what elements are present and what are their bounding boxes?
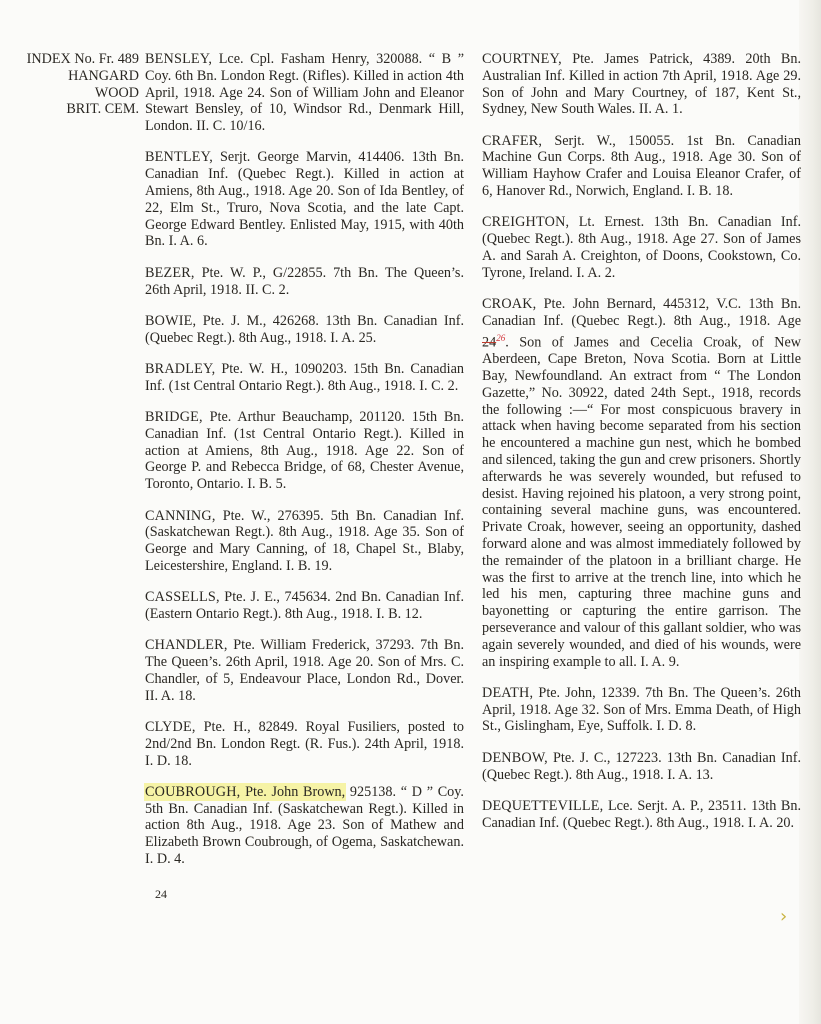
entry-clyde: CLYDE, Pte. H., 82849. Royal Fusiliers, … <box>145 719 464 769</box>
entry-courtney: COURTNEY, Pte. James Patrick, 4389. 20th… <box>482 51 801 118</box>
entry-surname: CANNING, <box>145 508 216 524</box>
cemetery-name-line-3: BRIT. CEM. <box>4 101 139 118</box>
entry-surname: CREIGHTON, <box>482 214 569 230</box>
entry-surname: CASSELLS, <box>145 589 220 605</box>
entry-surname: BRADLEY, <box>145 361 215 377</box>
handwritten-age-correction: 26 <box>496 333 505 343</box>
entry-surname: CLYDE, <box>145 719 196 735</box>
index-number: INDEX No. Fr. 489 <box>4 51 139 68</box>
right-column: COURTNEY, Pte. James Patrick, 4389. 20th… <box>482 51 801 846</box>
highlighted-name: COUBROUGH, Pte. John Brown, <box>145 784 345 800</box>
entry-surname: DEATH, <box>482 685 533 701</box>
entry-croak: CROAK, Pte. John Bernard, 445312, V.C. 1… <box>482 296 801 670</box>
entry-dequetteville: DEQUETTEVILLE, Lce. Serjt. A. P., 23511.… <box>482 798 801 832</box>
entry-surname: BRIDGE, <box>145 409 203 425</box>
cemetery-name-line-2: WOOD <box>4 85 139 102</box>
entry-surname: DEQUETTEVILLE, <box>482 798 603 814</box>
entry-text-continued: . Son of James and Cecelia Croak, of New… <box>482 334 801 669</box>
entry-crafer: CRAFER, Serjt. W., 150055. 1st Bn. Canad… <box>482 133 801 200</box>
entry-bezer: BEZER, Pte. W. P., G/22855. 7th Bn. The … <box>145 265 464 299</box>
entry-canning: CANNING, Pte. W., 276395. 5th Bn. Canadi… <box>145 508 464 575</box>
highlighted-forenames: Pte. John Brown, <box>240 784 345 800</box>
cemetery-name-line-1: HANGARD <box>4 68 139 85</box>
entry-surname: BOWIE, <box>145 313 196 329</box>
entry-surname: BENTLEY, <box>145 149 213 165</box>
entry-surname: COUBROUGH, <box>145 784 240 800</box>
entry-surname: CHANDLER, <box>145 637 228 653</box>
entry-chandler: CHANDLER, Pte. William Frederick, 37293.… <box>145 637 464 704</box>
page-number: 24 <box>155 887 167 902</box>
entry-surname: COURTNEY, <box>482 51 562 67</box>
entry-creighton: CREIGHTON, Lt. Ernest. 13th Bn. Canadian… <box>482 214 801 281</box>
left-column: BENSLEY, Lce. Cpl. Fasham Henry, 320088.… <box>145 51 464 882</box>
struck-age: 24 <box>482 334 496 350</box>
entry-surname: BEZER, <box>145 265 195 281</box>
page-edge-shadow <box>799 0 821 1024</box>
entry-cassells: CASSELLS, Pte. J. E., 745634. 2nd Bn. Ca… <box>145 589 464 623</box>
entry-denbow: DENBOW, Pte. J. C., 127223. 13th Bn. Can… <box>482 750 801 784</box>
document-page: INDEX No. Fr. 489 HANGARD WOOD BRIT. CEM… <box>0 0 821 1024</box>
entry-surname: DENBOW, <box>482 750 548 766</box>
entry-surname: BENSLEY, <box>145 51 212 67</box>
entry-bensley: BENSLEY, Lce. Cpl. Fasham Henry, 320088.… <box>145 51 464 135</box>
entry-surname: CROAK, <box>482 296 536 312</box>
yellow-margin-mark-icon: › <box>780 906 787 927</box>
entry-surname: CRAFER, <box>482 133 542 149</box>
entry-bowie: BOWIE, Pte. J. M., 426268. 13th Bn. Cana… <box>145 313 464 347</box>
entry-bridge: BRIDGE, Pte. Arthur Beauchamp, 201120. 1… <box>145 409 464 493</box>
entry-coubrough: COUBROUGH, Pte. John Brown, 925138. “ D … <box>145 784 464 868</box>
entry-bentley: BENTLEY, Serjt. George Marvin, 414406. 1… <box>145 149 464 250</box>
entry-bradley: BRADLEY, Pte. W. H., 1090203. 15th Bn. C… <box>145 361 464 395</box>
cemetery-index-heading: INDEX No. Fr. 489 HANGARD WOOD BRIT. CEM… <box>4 51 139 118</box>
entry-death: DEATH, Pte. John, 12339. 7th Bn. The Que… <box>482 685 801 735</box>
